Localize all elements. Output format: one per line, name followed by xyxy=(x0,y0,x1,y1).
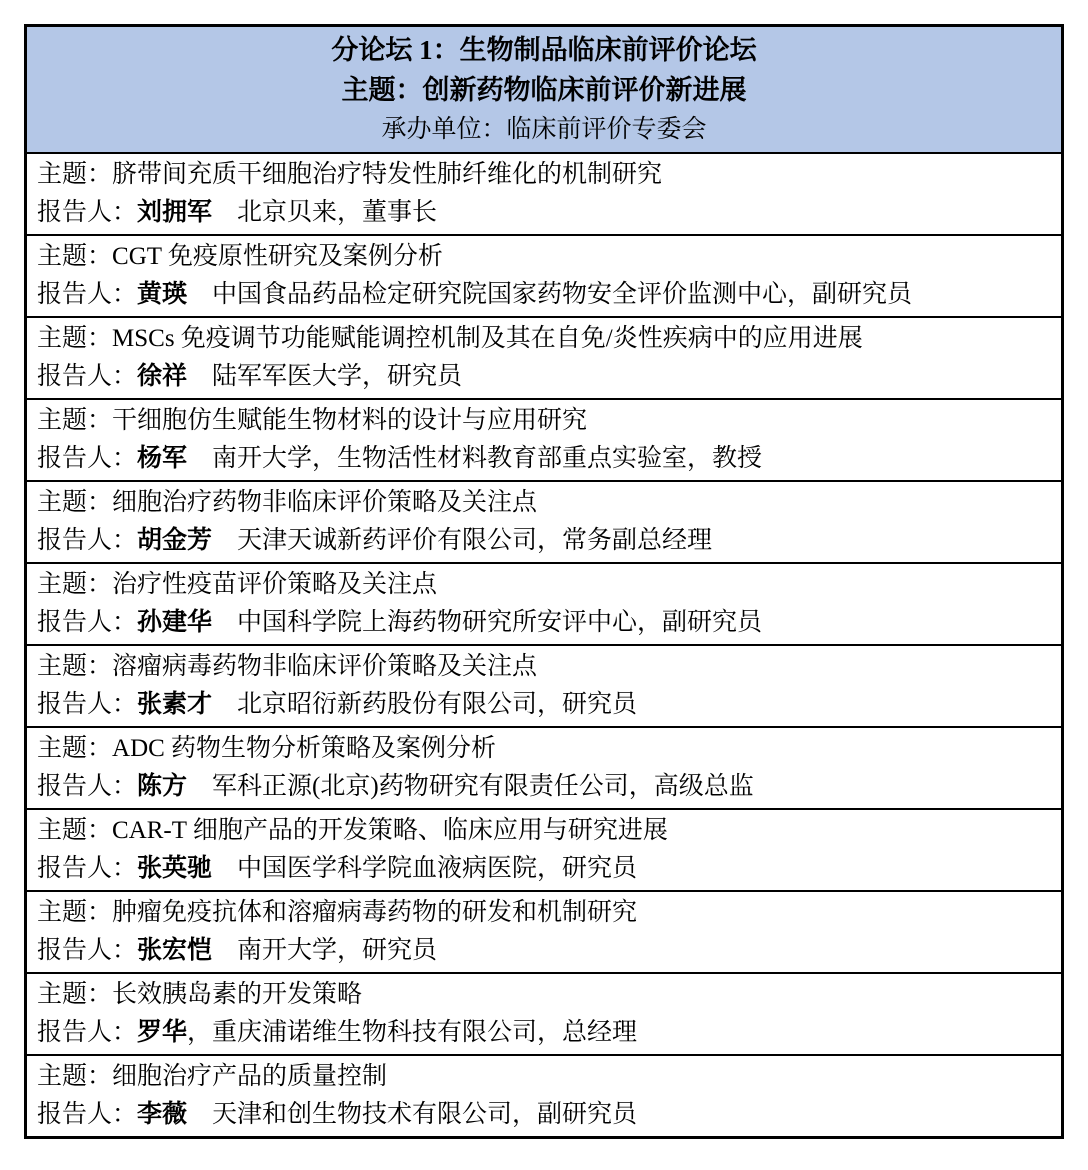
speaker-label: 报告人： xyxy=(37,691,137,718)
speaker-name: 张宏恺 xyxy=(137,937,212,964)
session-row: 主题：ADC 药物生物分析策略及案例分析 报告人：陈方 军科正源(北京)药物研究… xyxy=(27,728,1061,810)
speaker-separator xyxy=(212,937,237,964)
session-row: 主题：脐带间充质干细胞治疗特发性肺纤维化的机制研究 报告人：刘拥军 北京贝来，董… xyxy=(27,154,1061,236)
speaker-name: 胡金芳 xyxy=(137,527,212,554)
forum-organizer: 承办单位：临床前评价专委会 xyxy=(27,110,1061,150)
topic-label: 主题： xyxy=(37,407,112,434)
speaker-affiliation: 中国食品药品检定研究院国家药物安全评价监测中心，副研究员 xyxy=(212,281,912,308)
speaker-name: 张英驰 xyxy=(137,855,212,882)
speaker-affiliation: 南开大学，研究员 xyxy=(237,937,437,964)
speaker-line: 报告人：孙建华 中国科学院上海药物研究所安评中心，副研究员 xyxy=(37,604,1051,642)
speaker-affiliation: 中国科学院上海药物研究所安评中心，副研究员 xyxy=(237,609,762,636)
speaker-label: 报告人： xyxy=(37,773,137,800)
topic-line: 主题：CAR-T 细胞产品的开发策略、临床应用与研究进展 xyxy=(37,812,1051,850)
topic-label: 主题： xyxy=(37,243,112,270)
session-row: 主题：溶瘤病毒药物非临床评价策略及关注点 报告人：张素才 北京昭衍新药股份有限公… xyxy=(27,646,1061,728)
topic-label: 主题： xyxy=(37,981,112,1008)
topic-label: 主题： xyxy=(37,735,112,762)
topic-text: 溶瘤病毒药物非临床评价策略及关注点 xyxy=(112,653,537,680)
session-row: 主题：CAR-T 细胞产品的开发策略、临床应用与研究进展 报告人：张英驰 中国医… xyxy=(27,810,1061,892)
topic-label: 主题： xyxy=(37,571,112,598)
speaker-separator xyxy=(212,527,237,554)
topic-text: MSCs 免疫调节功能赋能调控机制及其在自免/炎性疾病中的应用进展 xyxy=(112,325,863,352)
session-row: 主题：细胞治疗产品的质量控制 报告人：李薇 天津和创生物技术有限公司，副研究员 xyxy=(27,1056,1061,1136)
topic-line: 主题：CGT 免疫原性研究及案例分析 xyxy=(37,238,1051,276)
speaker-name: 孙建华 xyxy=(137,609,212,636)
forum-schedule-table: 分论坛 1：生物制品临床前评价论坛 主题：创新药物临床前评价新进展 承办单位：临… xyxy=(24,24,1064,1139)
speaker-affiliation: 天津天诚新药评价有限公司，常务副总经理 xyxy=(237,527,712,554)
topic-label: 主题： xyxy=(37,161,112,188)
topic-label: 主题： xyxy=(37,489,112,516)
session-row: 主题：干细胞仿生赋能生物材料的设计与应用研究 报告人：杨军 南开大学，生物活性材… xyxy=(27,400,1061,482)
topic-label: 主题： xyxy=(37,653,112,680)
speaker-line: 报告人：张宏恺 南开大学，研究员 xyxy=(37,932,1051,970)
speaker-affiliation: 南开大学，生物活性材料教育部重点实验室，教授 xyxy=(212,445,762,472)
forum-title: 分论坛 1：生物制品临床前评价论坛 xyxy=(27,30,1061,70)
topic-label: 主题： xyxy=(37,817,112,844)
topic-text: CAR-T 细胞产品的开发策略、临床应用与研究进展 xyxy=(112,817,668,844)
topic-line: 主题：细胞治疗药物非临床评价策略及关注点 xyxy=(37,484,1051,522)
topic-text: 细胞治疗产品的质量控制 xyxy=(112,1063,387,1090)
speaker-line: 报告人：胡金芳 天津天诚新药评价有限公司，常务副总经理 xyxy=(37,522,1051,560)
speaker-name: 陈方 xyxy=(137,773,187,800)
session-row: 主题：MSCs 免疫调节功能赋能调控机制及其在自免/炎性疾病中的应用进展 报告人… xyxy=(27,318,1061,400)
topic-label: 主题： xyxy=(37,325,112,352)
speaker-separator xyxy=(212,855,237,882)
speaker-name: 徐祥 xyxy=(137,363,187,390)
topic-text: CGT 免疫原性研究及案例分析 xyxy=(112,243,443,270)
speaker-label: 报告人： xyxy=(37,445,137,472)
speaker-name: 罗华 xyxy=(137,1019,187,1046)
topic-text: 长效胰岛素的开发策略 xyxy=(112,981,362,1008)
speaker-label: 报告人： xyxy=(37,855,137,882)
topic-line: 主题：细胞治疗产品的质量控制 xyxy=(37,1058,1051,1096)
speaker-separator xyxy=(187,445,212,472)
speaker-name: 刘拥军 xyxy=(137,199,212,226)
speaker-affiliation: 北京昭衍新药股份有限公司，研究员 xyxy=(237,691,637,718)
session-row: 主题：细胞治疗药物非临床评价策略及关注点 报告人：胡金芳 天津天诚新药评价有限公… xyxy=(27,482,1061,564)
speaker-separator xyxy=(212,691,237,718)
topic-text: 治疗性疫苗评价策略及关注点 xyxy=(112,571,437,598)
speaker-name: 杨军 xyxy=(137,445,187,472)
topic-line: 主题：脐带间充质干细胞治疗特发性肺纤维化的机制研究 xyxy=(37,156,1051,194)
session-row: 主题：长效胰岛素的开发策略 报告人：罗华，重庆浦诺维生物科技有限公司，总经理 xyxy=(27,974,1061,1056)
speaker-line: 报告人：张素才 北京昭衍新药股份有限公司，研究员 xyxy=(37,686,1051,724)
speaker-affiliation: 陆军军医大学，研究员 xyxy=(212,363,462,390)
topic-text: 干细胞仿生赋能生物材料的设计与应用研究 xyxy=(112,407,587,434)
topic-text: 肿瘤免疫抗体和溶瘤病毒药物的研发和机制研究 xyxy=(112,899,637,926)
forum-theme: 主题：创新药物临床前评价新进展 xyxy=(27,70,1061,110)
session-row: 主题：肿瘤免疫抗体和溶瘤病毒药物的研发和机制研究 报告人：张宏恺 南开大学，研究… xyxy=(27,892,1061,974)
speaker-label: 报告人： xyxy=(37,1019,137,1046)
speaker-separator: ， xyxy=(187,1019,212,1046)
speaker-separator xyxy=(212,199,237,226)
topic-text: 细胞治疗药物非临床评价策略及关注点 xyxy=(112,489,537,516)
speaker-label: 报告人： xyxy=(37,937,137,964)
speaker-separator xyxy=(187,363,212,390)
topic-line: 主题：ADC 药物生物分析策略及案例分析 xyxy=(37,730,1051,768)
speaker-line: 报告人：刘拥军 北京贝来，董事长 xyxy=(37,194,1051,232)
speaker-affiliation: 重庆浦诺维生物科技有限公司，总经理 xyxy=(212,1019,637,1046)
topic-label: 主题： xyxy=(37,899,112,926)
speaker-label: 报告人： xyxy=(37,609,137,636)
speaker-label: 报告人： xyxy=(37,1101,137,1128)
speaker-name: 李薇 xyxy=(137,1101,187,1128)
topic-line: 主题：溶瘤病毒药物非临床评价策略及关注点 xyxy=(37,648,1051,686)
speaker-line: 报告人：张英驰 中国医学科学院血液病医院，研究员 xyxy=(37,850,1051,888)
speaker-name: 黄瑛 xyxy=(137,281,187,308)
speaker-line: 报告人：杨军 南开大学，生物活性材料教育部重点实验室，教授 xyxy=(37,440,1051,478)
session-row: 主题：CGT 免疫原性研究及案例分析 报告人：黄瑛 中国食品药品检定研究院国家药… xyxy=(27,236,1061,318)
speaker-separator xyxy=(187,1101,212,1128)
speaker-separator xyxy=(187,773,212,800)
speaker-line: 报告人：徐祥 陆军军医大学，研究员 xyxy=(37,358,1051,396)
speaker-separator xyxy=(212,609,237,636)
speaker-affiliation: 军科正源(北京)药物研究有限责任公司，高级总监 xyxy=(212,773,754,800)
topic-line: 主题：MSCs 免疫调节功能赋能调控机制及其在自免/炎性疾病中的应用进展 xyxy=(37,320,1051,358)
table-header: 分论坛 1：生物制品临床前评价论坛 主题：创新药物临床前评价新进展 承办单位：临… xyxy=(27,27,1061,154)
topic-line: 主题：治疗性疫苗评价策略及关注点 xyxy=(37,566,1051,604)
speaker-label: 报告人： xyxy=(37,527,137,554)
topic-text: 脐带间充质干细胞治疗特发性肺纤维化的机制研究 xyxy=(112,161,662,188)
topic-line: 主题：长效胰岛素的开发策略 xyxy=(37,976,1051,1014)
speaker-line: 报告人：李薇 天津和创生物技术有限公司，副研究员 xyxy=(37,1096,1051,1134)
speaker-affiliation: 中国医学科学院血液病医院，研究员 xyxy=(237,855,637,882)
speaker-label: 报告人： xyxy=(37,199,137,226)
topic-line: 主题：肿瘤免疫抗体和溶瘤病毒药物的研发和机制研究 xyxy=(37,894,1051,932)
speaker-affiliation: 北京贝来，董事长 xyxy=(237,199,437,226)
session-row: 主题：治疗性疫苗评价策略及关注点 报告人：孙建华 中国科学院上海药物研究所安评中… xyxy=(27,564,1061,646)
topic-text: ADC 药物生物分析策略及案例分析 xyxy=(112,735,496,762)
speaker-line: 报告人：陈方 军科正源(北京)药物研究有限责任公司，高级总监 xyxy=(37,768,1051,806)
topic-line: 主题：干细胞仿生赋能生物材料的设计与应用研究 xyxy=(37,402,1051,440)
speaker-label: 报告人： xyxy=(37,363,137,390)
speaker-line: 报告人：黄瑛 中国食品药品检定研究院国家药物安全评价监测中心，副研究员 xyxy=(37,276,1051,314)
speaker-name: 张素才 xyxy=(137,691,212,718)
speaker-separator xyxy=(187,281,212,308)
topic-label: 主题： xyxy=(37,1063,112,1090)
speaker-label: 报告人： xyxy=(37,281,137,308)
speaker-affiliation: 天津和创生物技术有限公司，副研究员 xyxy=(212,1101,637,1128)
speaker-line: 报告人：罗华，重庆浦诺维生物科技有限公司，总经理 xyxy=(37,1014,1051,1052)
